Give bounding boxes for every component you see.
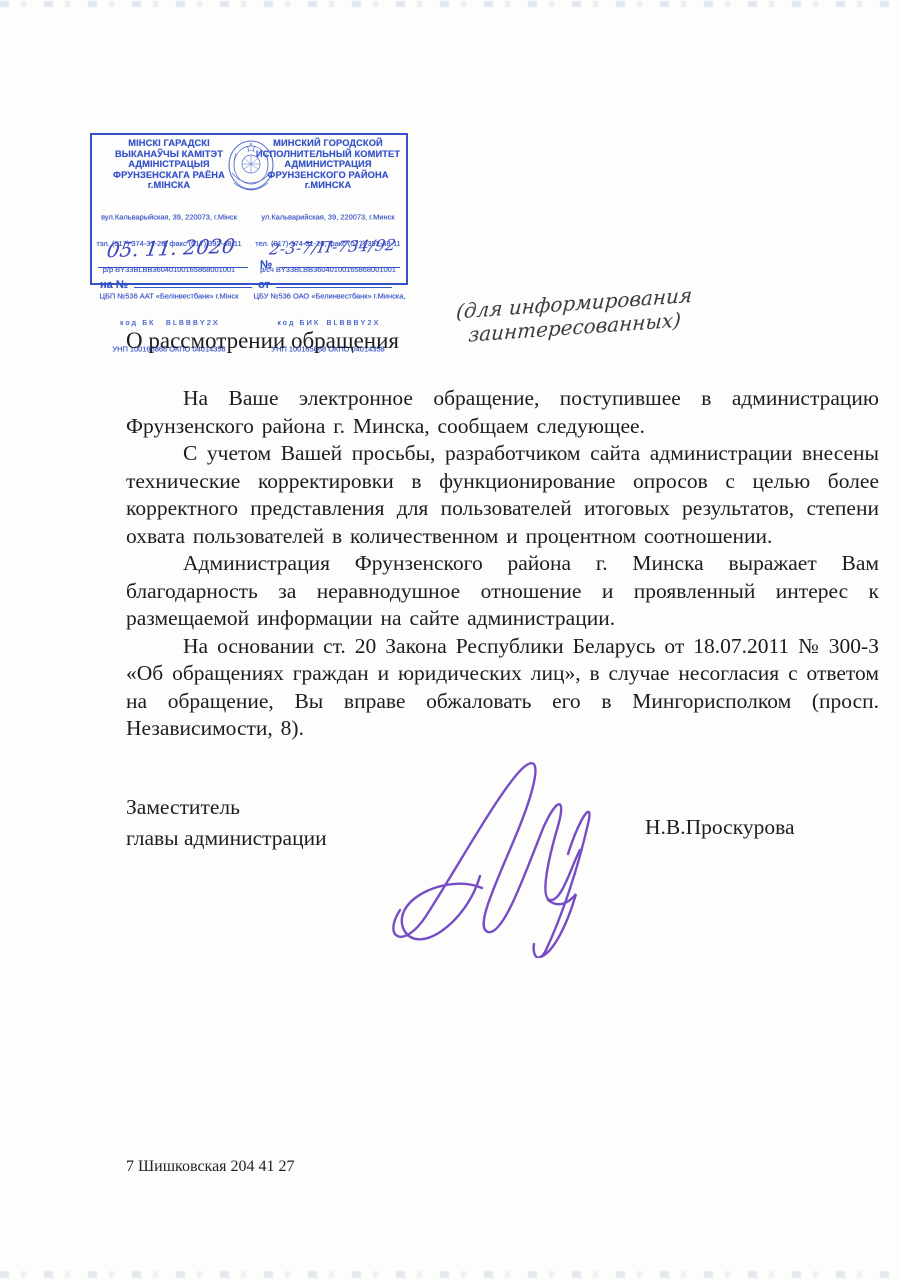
stamp-left-column: МІНСКІ ГАРАДСКІ ВЫКАНАЎЧЫ КАМІТЭТ АДМІНІ… xyxy=(94,138,244,244)
stamp-detail-line: ул.Кальварийская, 39, 220073, г.Минск xyxy=(254,212,403,221)
scan-noise-bottom xyxy=(0,1271,900,1278)
ot-label: от xyxy=(258,279,270,291)
signature-icon xyxy=(362,758,602,958)
signer-title-line: главы администрации xyxy=(126,823,327,854)
stamp-detail-line: ЦБУ №536 ОАО «Белинвестбанк» г.Минска, xyxy=(254,292,403,301)
na-no-label: на № xyxy=(100,279,128,291)
letter-subject: О рассмотрении обращения xyxy=(126,328,399,354)
stamp-org-line: г.МІНСКА xyxy=(94,180,244,191)
annotation-handwritten-note: (для информирования заинтересованных) xyxy=(454,276,787,347)
number-underline xyxy=(280,266,400,268)
date-underline xyxy=(98,266,248,268)
letter-paragraph: На основании ст. 20 Закона Республики Бе… xyxy=(126,633,879,743)
signer-title: Заместитель главы администрации xyxy=(126,792,327,854)
official-stamp: МІНСКІ ГАРАДСКІ ВЫКАНАЎЧЫ КАМІТЭТ АДМІНІ… xyxy=(90,133,408,285)
stamp-columns: МІНСКІ ГАРАДСКІ ВЫКАНАЎЧЫ КАМІТЭТ АДМІНІ… xyxy=(92,135,406,244)
belarus-coat-of-arms-icon xyxy=(226,139,276,195)
stamp-detail-line: ЦБП №536 ААТ «Белінвестбанк» г.Мінск xyxy=(96,292,243,301)
scan-noise-top xyxy=(0,1,900,7)
stamp-number-handwritten: 2-3-7/П-734/92 xyxy=(268,236,412,259)
stamp-date-number-row: 05. 11. 2020 № 2-3-7/П-734/92 xyxy=(92,244,406,268)
letter-body: На Ваше электронное обращение, поступивш… xyxy=(126,385,879,743)
footer-reference: 7 Шишковская 204 41 27 xyxy=(126,1158,295,1176)
number-sign-label: № xyxy=(260,259,272,271)
letter-paragraph: На Ваше электронное обращение, поступивш… xyxy=(126,385,879,440)
letter-paragraph: С учетом Вашей просьбы, разработчиком са… xyxy=(126,440,879,550)
stamp-detail-line: к о д Б К B L B B B Y 2 X xyxy=(96,318,243,327)
stamp-org-line: ФРУНЗЕНСКАГА РАЁНА xyxy=(94,170,244,181)
letter-paragraph: Администрация Фрунзенского района г. Мин… xyxy=(126,550,879,633)
stamp-org-line: ВЫКАНАЎЧЫ КАМІТЭТ xyxy=(94,149,244,160)
stamp-org-line: АДМІНІСТРАЦЫЯ xyxy=(94,159,244,170)
stamp-detail-line: к о д Б И К B L B B B Y 2 X xyxy=(254,318,403,327)
signer-title-line: Заместитель xyxy=(126,792,327,823)
signer-name: Н.В.Проскурова xyxy=(645,815,795,840)
stamp-detail-line: вул.Кальварыйская, 39, 220073, г.Мінск xyxy=(96,212,243,221)
stamp-date-handwritten: 05. 11. 2020 xyxy=(94,233,248,262)
stamp-org-line: МІНСКІ ГАРАДСКІ xyxy=(94,138,244,149)
